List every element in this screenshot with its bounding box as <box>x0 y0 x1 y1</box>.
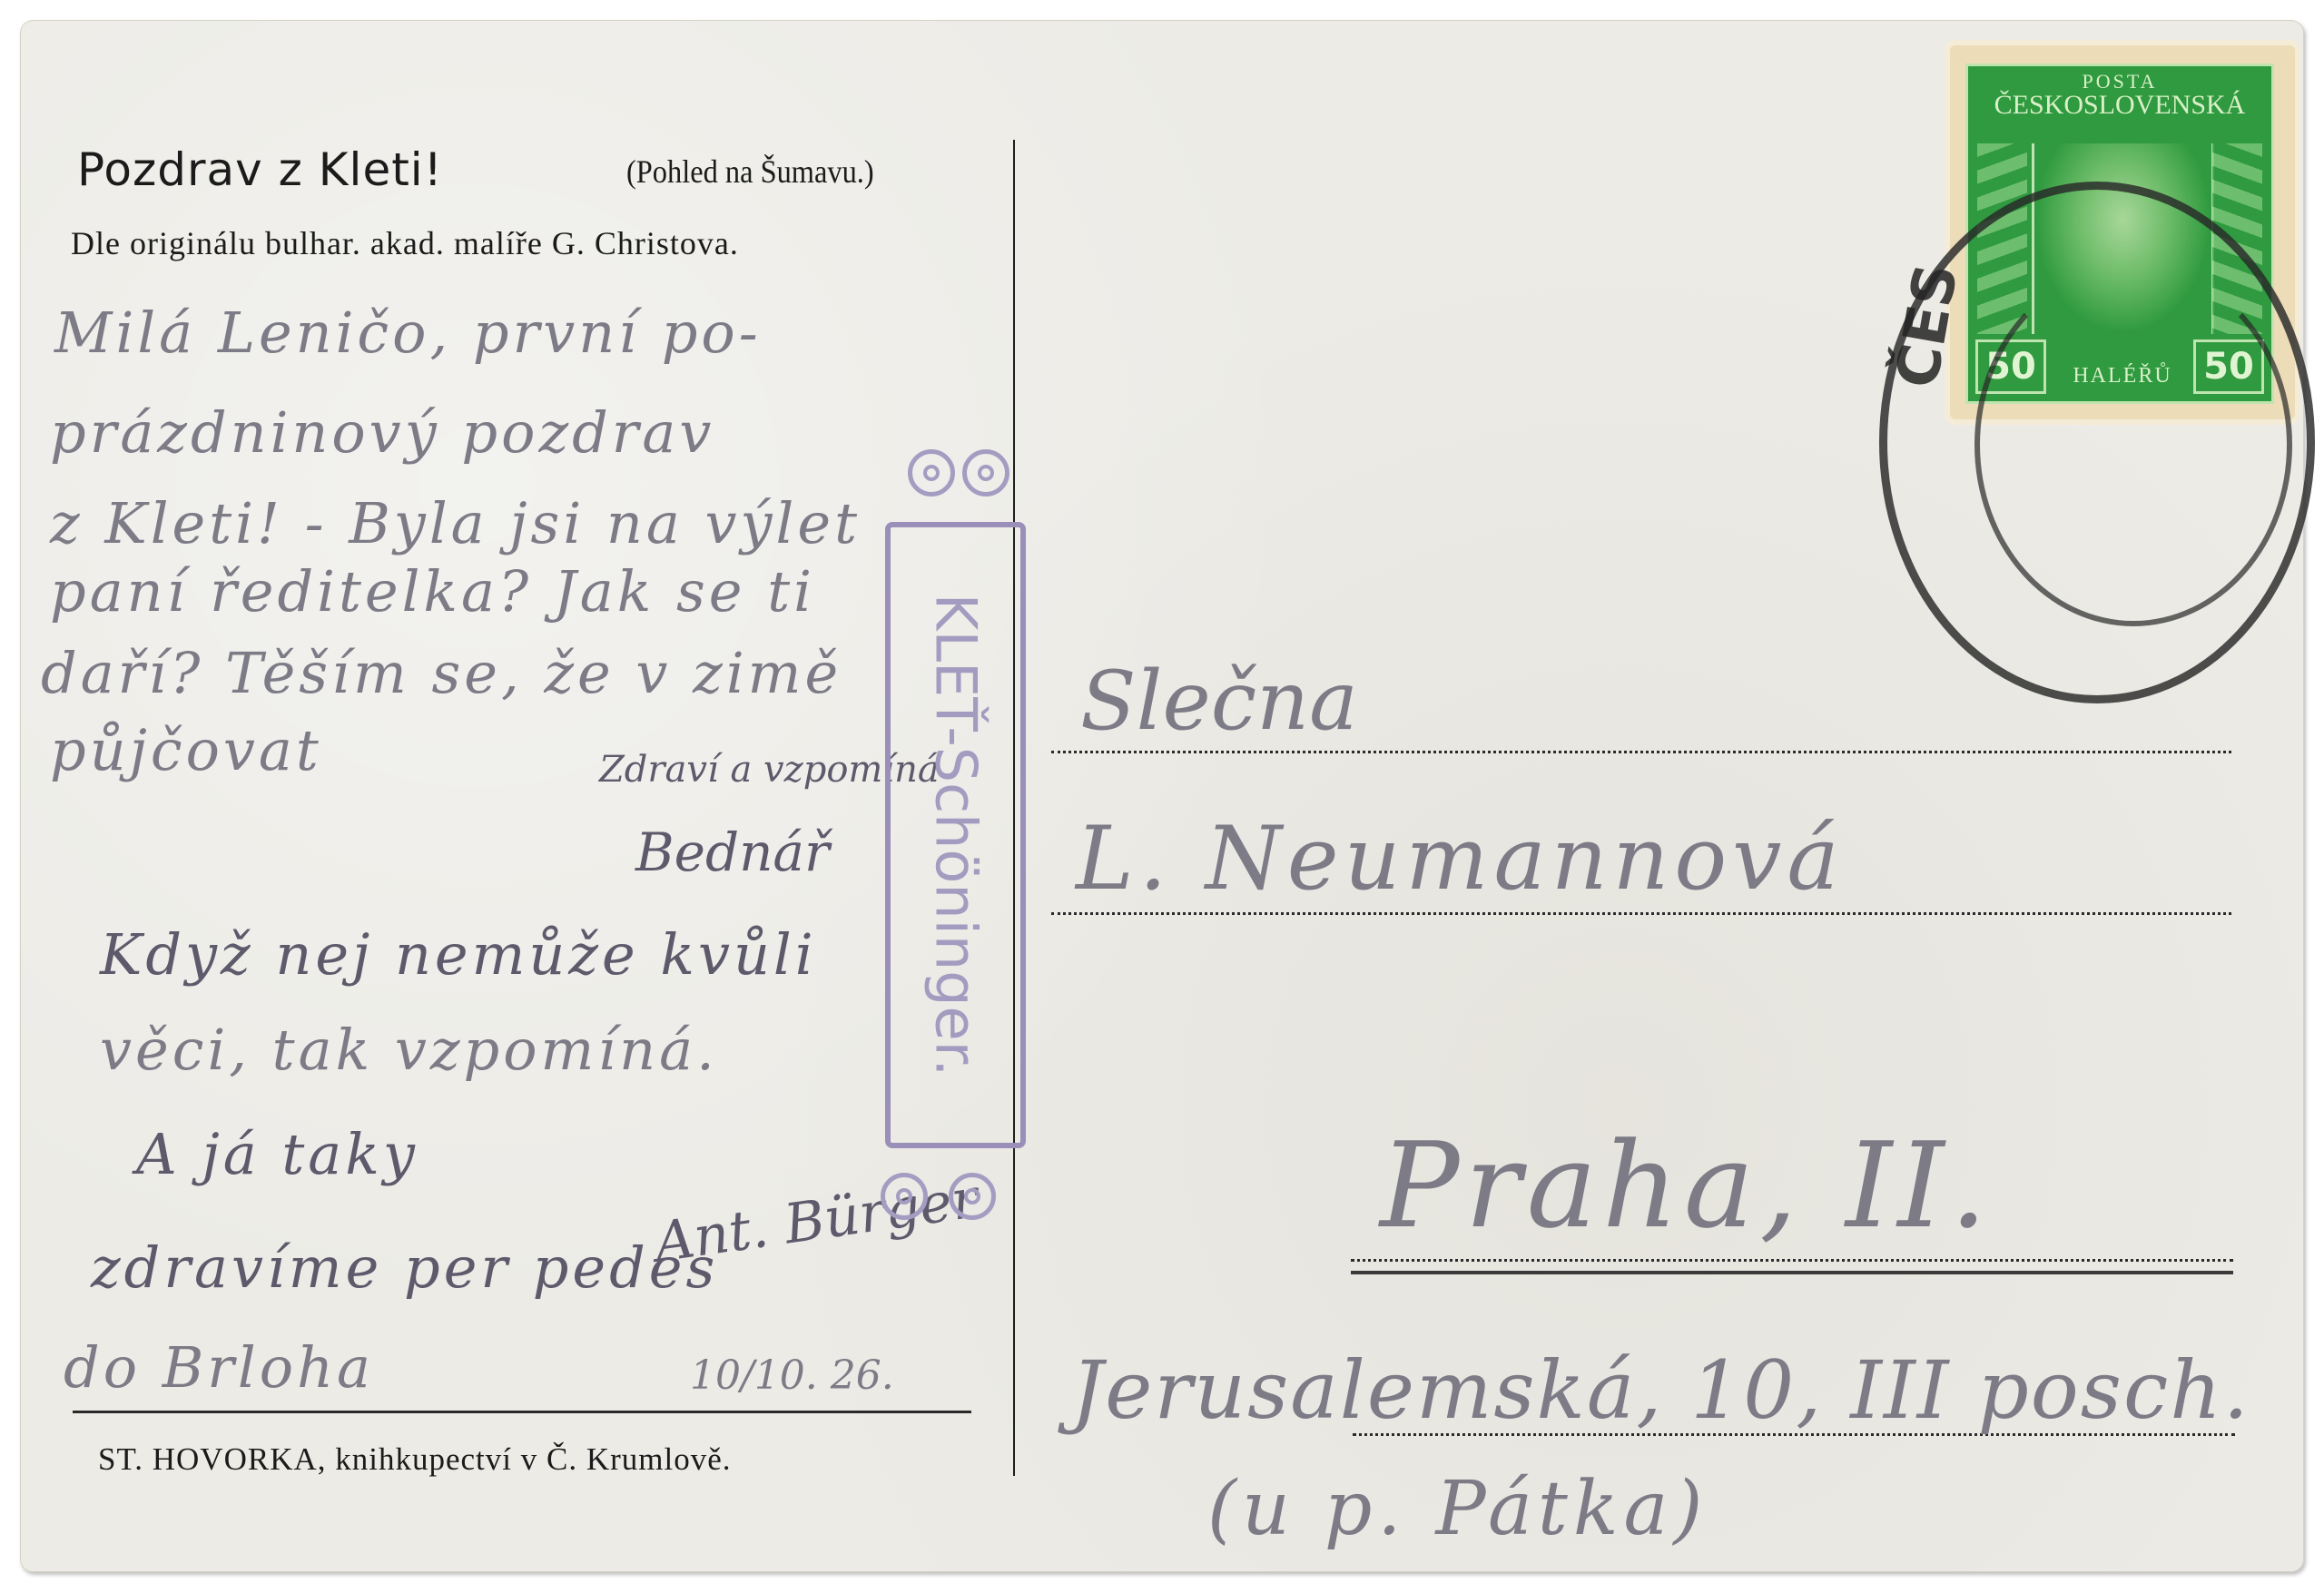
address-recipient-name: L. Neumannová <box>1076 808 1845 910</box>
message-line: zdravíme per pedes <box>91 1234 718 1301</box>
cachet-stamp: KLEŤ-Schöninger. <box>885 522 1026 1148</box>
publisher-line: ST. HOVORKA, knihkupectví v Č. Krumlově. <box>98 1441 732 1478</box>
cachet-ornament-icon <box>962 449 1009 497</box>
message-date: 10/10. 26. <box>690 1352 894 1399</box>
message-line: do Brloha <box>64 1334 374 1401</box>
address-line-3 <box>1351 1259 2233 1262</box>
stamp-country-text: ČESKOSLOVENSKÁ <box>1968 92 2271 119</box>
message-line: A já taky <box>136 1121 419 1187</box>
postmark-inner-ring <box>1974 263 2292 626</box>
address-care-of: (u p. Pátka) <box>1207 1466 1708 1552</box>
printed-title-subtitle: (Pohled na Šumavu.) <box>626 152 874 191</box>
address-city: Praha, II. <box>1380 1116 1993 1254</box>
message-line: Milá Leničo, první po- <box>54 300 762 366</box>
stamp-header: POSTA ČESKOSLOVENSKÁ <box>1968 72 2271 119</box>
message-line: z Kleti! - Byla jsi na výlet <box>50 490 861 556</box>
message-line: půjčovat <box>50 717 322 783</box>
message-line: daří? Těším se, že v zimě <box>41 640 842 706</box>
address-line-3-underline <box>1351 1271 2233 1274</box>
message-line: paní ředitelka? Jak se ti <box>50 558 815 624</box>
message-line: prázdninový pozdrav <box>50 399 714 466</box>
message-line: věci, tak vzpomíná. <box>100 1017 718 1083</box>
cachet-text: KLEŤ-Schöninger. <box>922 594 989 1077</box>
address-line-1 <box>1051 751 2231 753</box>
address-street: Jerusalemská, 10, III posch. <box>1071 1343 2250 1437</box>
printed-title: Pozdrav z Kleti! <box>77 143 443 196</box>
address-recipient-title: Slečna <box>1080 654 1358 749</box>
cachet-ornament-icon <box>881 1173 928 1220</box>
cachet-ornament-icon <box>908 449 955 497</box>
printed-rule <box>73 1411 971 1413</box>
cachet-ornament-icon <box>949 1173 996 1220</box>
message-line: Když nej nemůže kvůli <box>100 921 817 988</box>
address-line-2 <box>1051 912 2231 915</box>
message-signature-1: Bednář <box>635 821 830 883</box>
artist-line: Dle originálu bulhar. akad. malíře G. Ch… <box>71 224 739 262</box>
stamp-posta-text: POSTA <box>1968 72 2271 92</box>
